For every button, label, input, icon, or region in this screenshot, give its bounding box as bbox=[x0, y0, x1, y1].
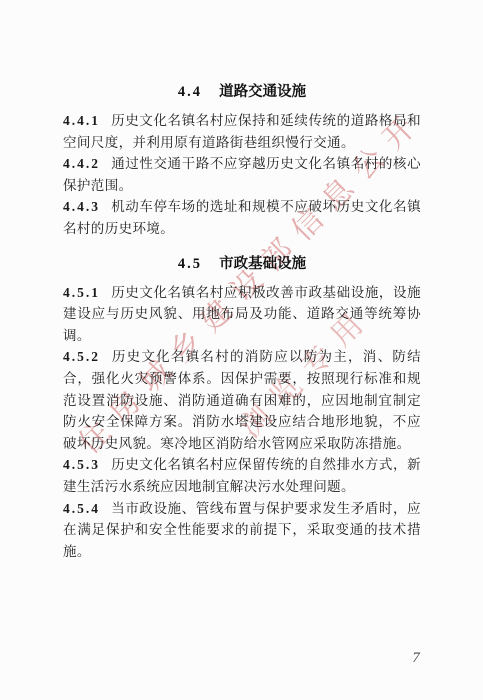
section-number: 4.5 bbox=[178, 256, 202, 272]
section-heading-4-5: 4.5 市政基础设施 bbox=[63, 240, 421, 282]
clause-number: 4.4.1 bbox=[63, 113, 100, 128]
clause-text: 历史文化名镇名村应保留传统的自然排水方式，新建生活污水系统应因地制宜解决污水处理… bbox=[63, 457, 421, 494]
page-content: 4.4 道路交通设施 4.4.1历史文化名镇名村应保持和延续传统的道路格局和空间… bbox=[63, 74, 421, 562]
clause-text: 历史文化名镇名村的消防应以防为主，消、防结合，强化火灾预警体系。因保护需要，按照… bbox=[63, 349, 421, 450]
clause-4-4-1: 4.4.1历史文化名镇名村应保持和延续传统的道路格局和空间尺度，并利用原有道路街… bbox=[63, 110, 421, 153]
clause-text: 历史文化名镇名村应保持和延续传统的道路格局和空间尺度，并利用原有道路街巷组织慢行… bbox=[63, 113, 421, 150]
clause-4-5-2: 4.5.2历史文化名镇名村的消防应以防为主，消、防结合，强化火灾预警体系。因保护… bbox=[63, 346, 421, 454]
clause-4-4-2: 4.4.2通过性交通干路不应穿越历史文化名镇名村的核心保护范围。 bbox=[63, 153, 421, 196]
clause-4-5-4: 4.5.4当市政设施、管线布置与保护要求发生矛盾时，应在满足保护和安全性能要求的… bbox=[63, 498, 421, 563]
clause-text: 当市政设施、管线布置与保护要求发生矛盾时，应在满足保护和安全性能要求的前提下，采… bbox=[63, 501, 421, 559]
clause-number: 4.5.4 bbox=[63, 501, 100, 516]
clause-number: 4.4.2 bbox=[63, 156, 100, 171]
section-heading-4-4: 4.4 道路交通设施 bbox=[63, 74, 421, 110]
clause-4-5-3: 4.5.3历史文化名镇名村应保留传统的自然排水方式，新建生活污水系统应因地制宜解… bbox=[63, 454, 421, 497]
clause-text: 通过性交通干路不应穿越历史文化名镇名村的核心保护范围。 bbox=[63, 156, 421, 193]
clause-text: 历史文化名镇名村应积极改善市政基础设施，设施建设应与历史风貌、用地布局及功能、道… bbox=[63, 285, 421, 343]
page-number: 7 bbox=[404, 650, 428, 667]
section-title: 道路交通设施 bbox=[219, 84, 306, 100]
clause-number: 4.4.3 bbox=[63, 199, 100, 214]
clause-number: 4.5.1 bbox=[63, 285, 100, 300]
clause-number: 4.5.3 bbox=[63, 457, 100, 472]
section-title: 市政基础设施 bbox=[219, 256, 306, 272]
clause-number: 4.5.2 bbox=[63, 349, 100, 364]
clause-4-4-3: 4.4.3机动车停车场的选址和规模不应破坏历史文化名镇名村的历史环境。 bbox=[63, 196, 421, 239]
clause-text: 机动车停车场的选址和规模不应破坏历史文化名镇名村的历史环境。 bbox=[63, 199, 421, 236]
section-number: 4.4 bbox=[178, 84, 202, 100]
clause-4-5-1: 4.5.1历史文化名镇名村应积极改善市政基础设施，设施建设应与历史风貌、用地布局… bbox=[63, 282, 421, 347]
document-page: 住房城乡建设部信息公开 浏览专用 4.4 道路交通设施 4.4.1历史文化名镇名… bbox=[0, 0, 483, 700]
